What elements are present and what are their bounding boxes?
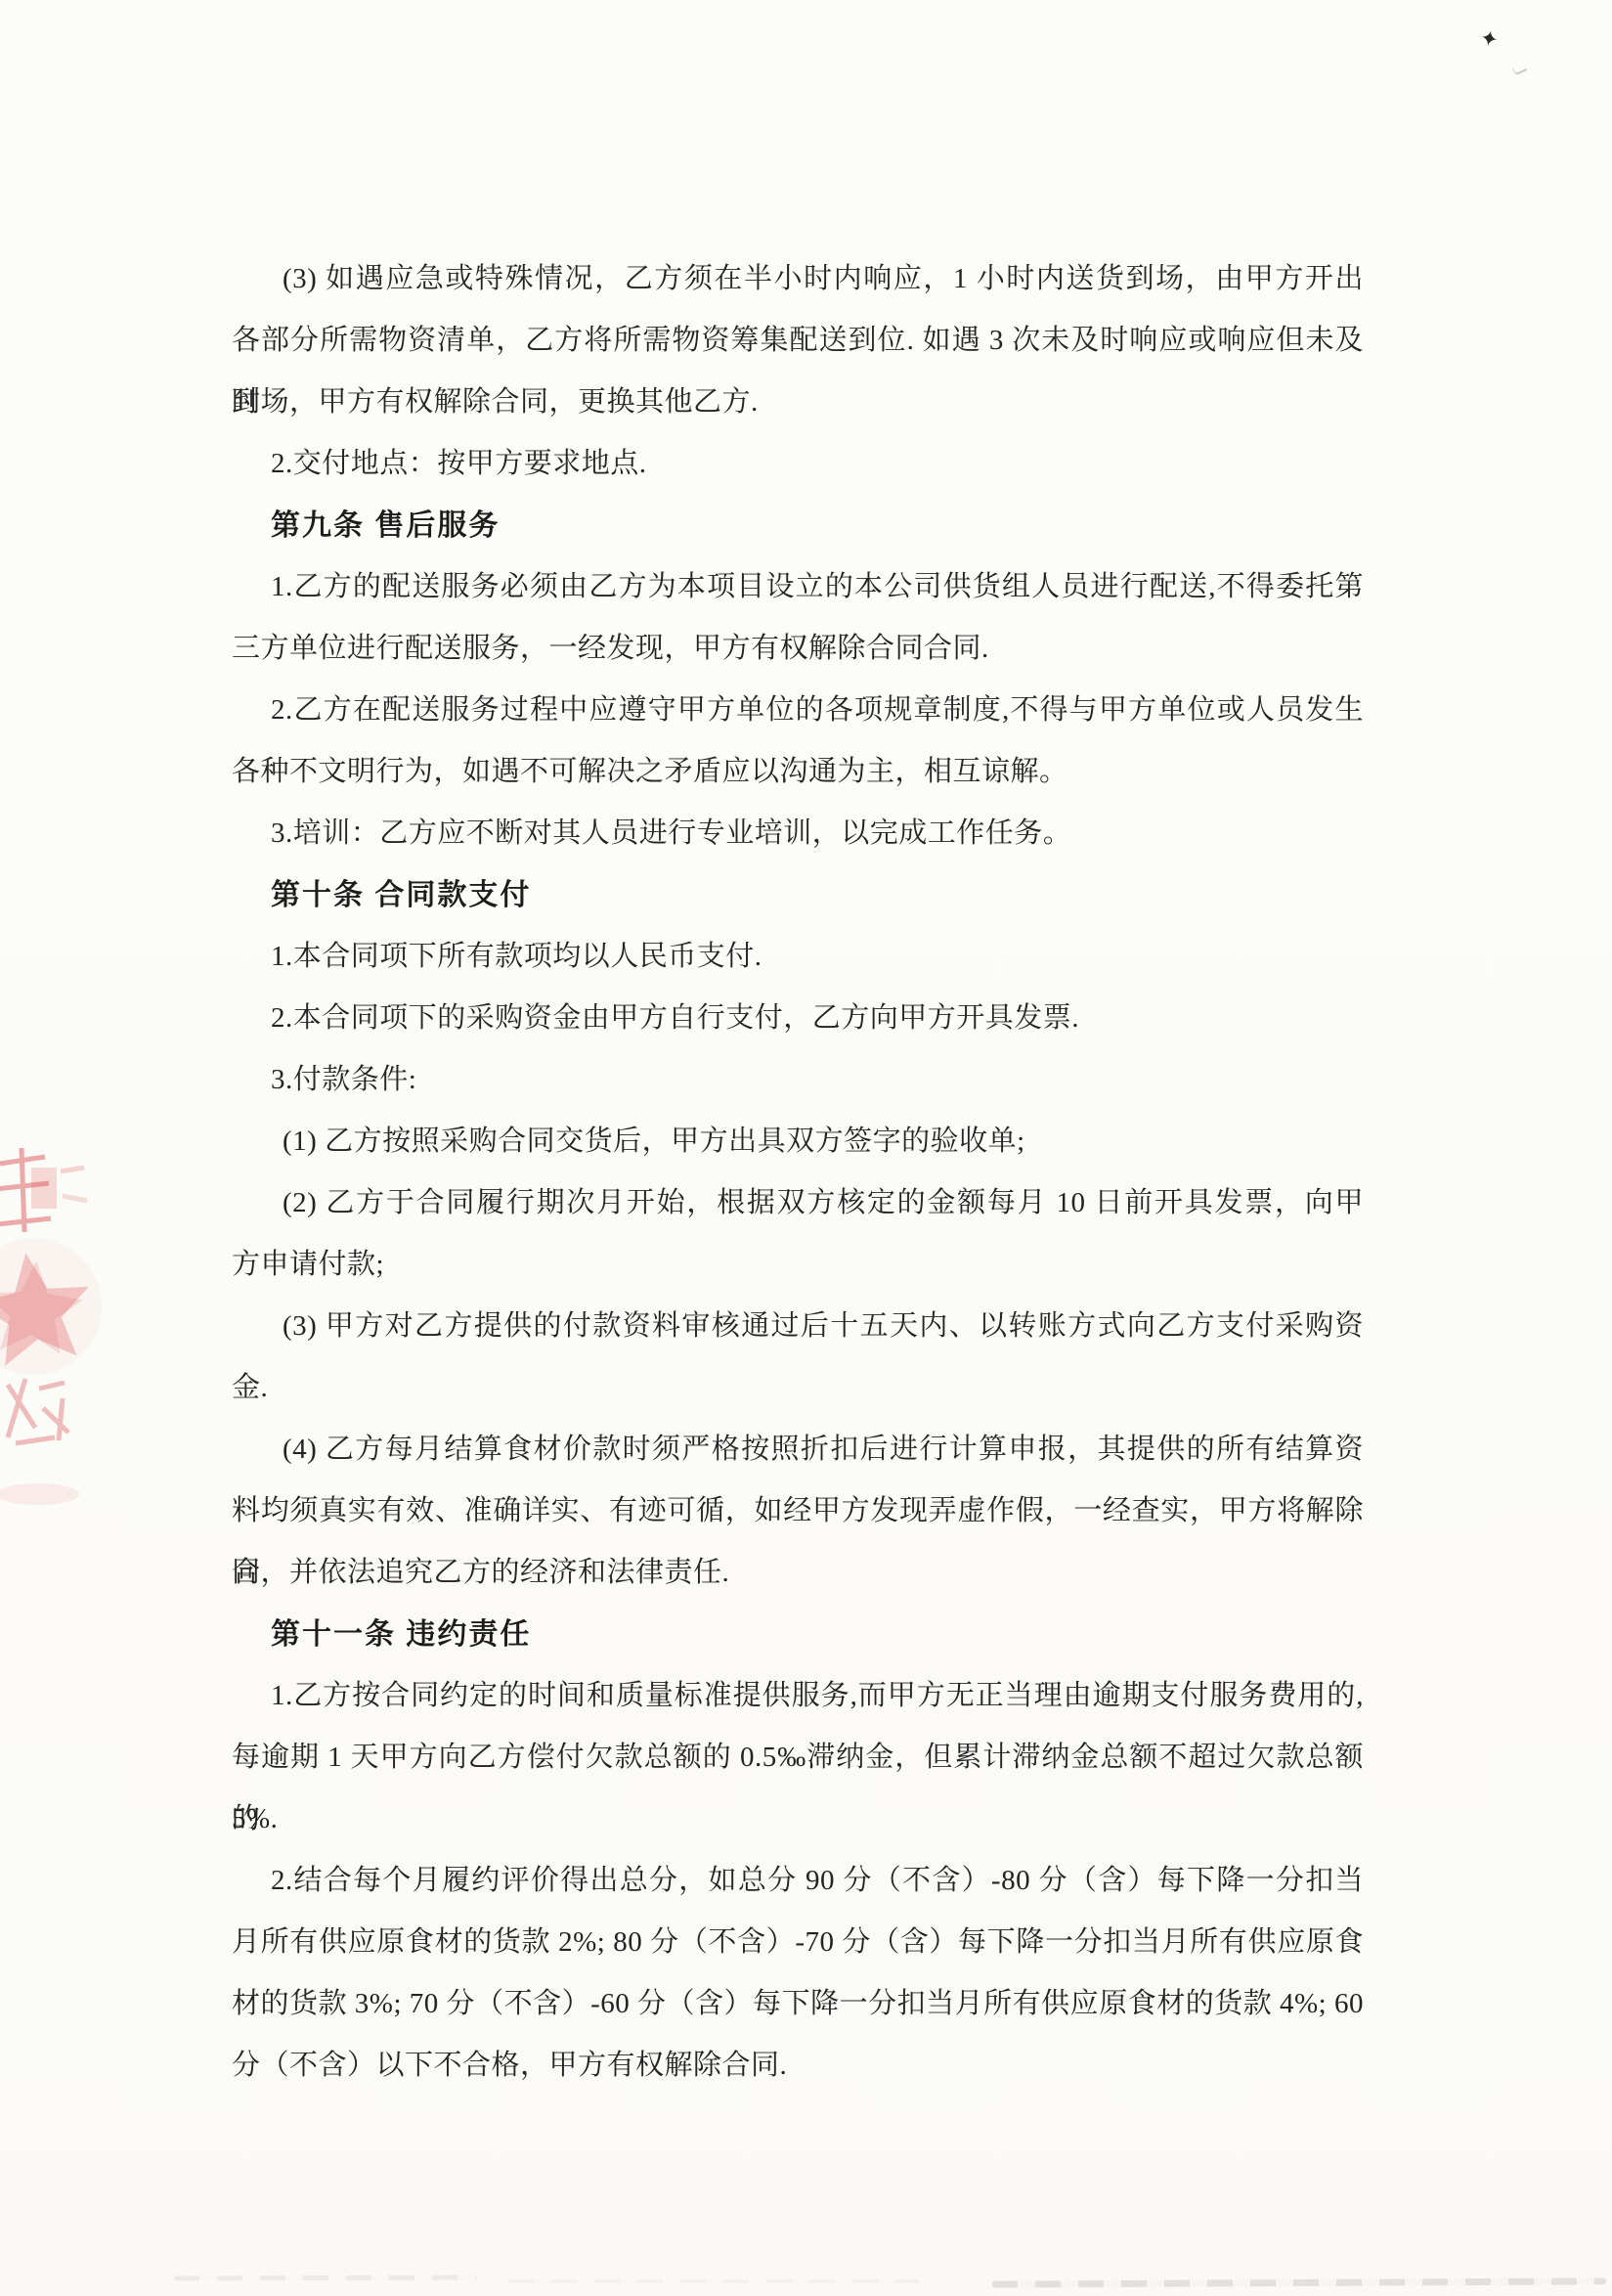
- text-line: (3) 甲方对乙方提供的付款资料审核通过后十五天内、以转账方式向乙方支付采购资: [232, 1296, 1364, 1357]
- text-line: (2) 乙方于合同履行期次月开始，根据双方核定的金额每月 10 日前开具发票，向…: [232, 1172, 1364, 1234]
- text-line: 到场，甲方有权解除合同，更换其他乙方.: [232, 372, 1364, 433]
- text-line: (1) 乙方按照采购合同交货后，甲方出具双方签字的验收单;: [232, 1111, 1364, 1172]
- text-line: 分（不含）以下不合格，甲方有权解除合同.: [232, 2035, 1364, 2097]
- text-line: 各部分所需物资清单，乙方将所需物资筹集配送到位. 如遇 3 次未及时响应或响应但…: [232, 310, 1364, 372]
- text-line: 金.: [232, 1357, 1364, 1419]
- text-line: 3.付款条件:: [232, 1049, 1364, 1111]
- section-heading: 第十一条 违约责任: [232, 1604, 1364, 1665]
- section-heading: 第十条 合同款支付: [232, 864, 1364, 926]
- text-line: 1.本合同项下所有款项均以人民币支付.: [232, 926, 1364, 988]
- text-line: 月所有供应原食材的货款 2%; 80 分（不含）-70 分（含）每下降一分扣当月…: [232, 1912, 1364, 1973]
- seal-character-strokes-bottom: [8, 1379, 68, 1443]
- text-line: 2.交付地点：按甲方要求地点.: [232, 433, 1364, 495]
- text-line: 同，并依法追究乙方的经济和法律责任.: [232, 1542, 1364, 1604]
- text-line: 2.结合每个月履约评价得出总分，如总分 90 分（不含）-80 分（含）每下降一…: [232, 1850, 1364, 1912]
- text-line: 材的货款 3%; 70 分（不含）-60 分（含）每下降一分扣当月所有供应原食材…: [232, 1973, 1364, 2035]
- text-line: 3.培训：乙方应不断对其人员进行专业培训，以完成工作任务。: [232, 803, 1364, 864]
- text-line: 1.乙方的配送服务必须由乙方为本项目设立的本公司供货组人员进行配送,不得委托第: [232, 556, 1364, 618]
- text-line: 三方单位进行配送服务，一经发现，甲方有权解除合同合同.: [232, 618, 1364, 680]
- seal-star-icon: [0, 1238, 102, 1375]
- text-line: 5%.: [232, 1788, 1364, 1850]
- section-heading: 第九条 售后服务: [232, 495, 1364, 556]
- text-line: 2.乙方在配送服务过程中应遵守甲方单位的各项规章制度,不得与甲方单位或人员发生: [232, 680, 1364, 741]
- text-line: 料均须真实有效、准确详实、有迹可循，如经甲方发现弄虚作假，一经查实，甲方将解除合: [232, 1480, 1364, 1542]
- seal-fade-smudge: [0, 1483, 79, 1505]
- scan-bottom-smudge: [508, 2279, 919, 2283]
- red-seal-stamp: [0, 1142, 111, 1533]
- text-line: (3) 如遇应急或特殊情况，乙方须在半小时内响应，1 小时内送货到场，由甲方开出: [232, 248, 1364, 310]
- text-line: 2.本合同项下的采购资金由甲方自行支付，乙方向甲方开具发票.: [232, 988, 1364, 1049]
- text-line: 每逾期 1 天甲方向乙方偿付欠款总额的 0.5‰滞纳金，但累计滞纳金总额不超过欠…: [232, 1727, 1364, 1788]
- text-line: (4) 乙方每月结算食材价款时须严格按照折扣后进行计算申报，其提供的所有结算资: [232, 1419, 1364, 1480]
- text-line: 方申请付款;: [232, 1234, 1364, 1296]
- text-line: 1.乙方按合同约定的时间和质量标准提供服务,而甲方无正当理由逾期支付服务费用的,: [232, 1665, 1364, 1727]
- text-line: 各种不文明行为，如遇不可解决之矛盾应以沟通为主，相互谅解。: [232, 741, 1364, 803]
- seal-ink-blob: [31, 1168, 57, 1209]
- document-body: (3) 如遇应急或特殊情况，乙方须在半小时内响应，1 小时内送货到场，由甲方开出…: [232, 248, 1364, 2097]
